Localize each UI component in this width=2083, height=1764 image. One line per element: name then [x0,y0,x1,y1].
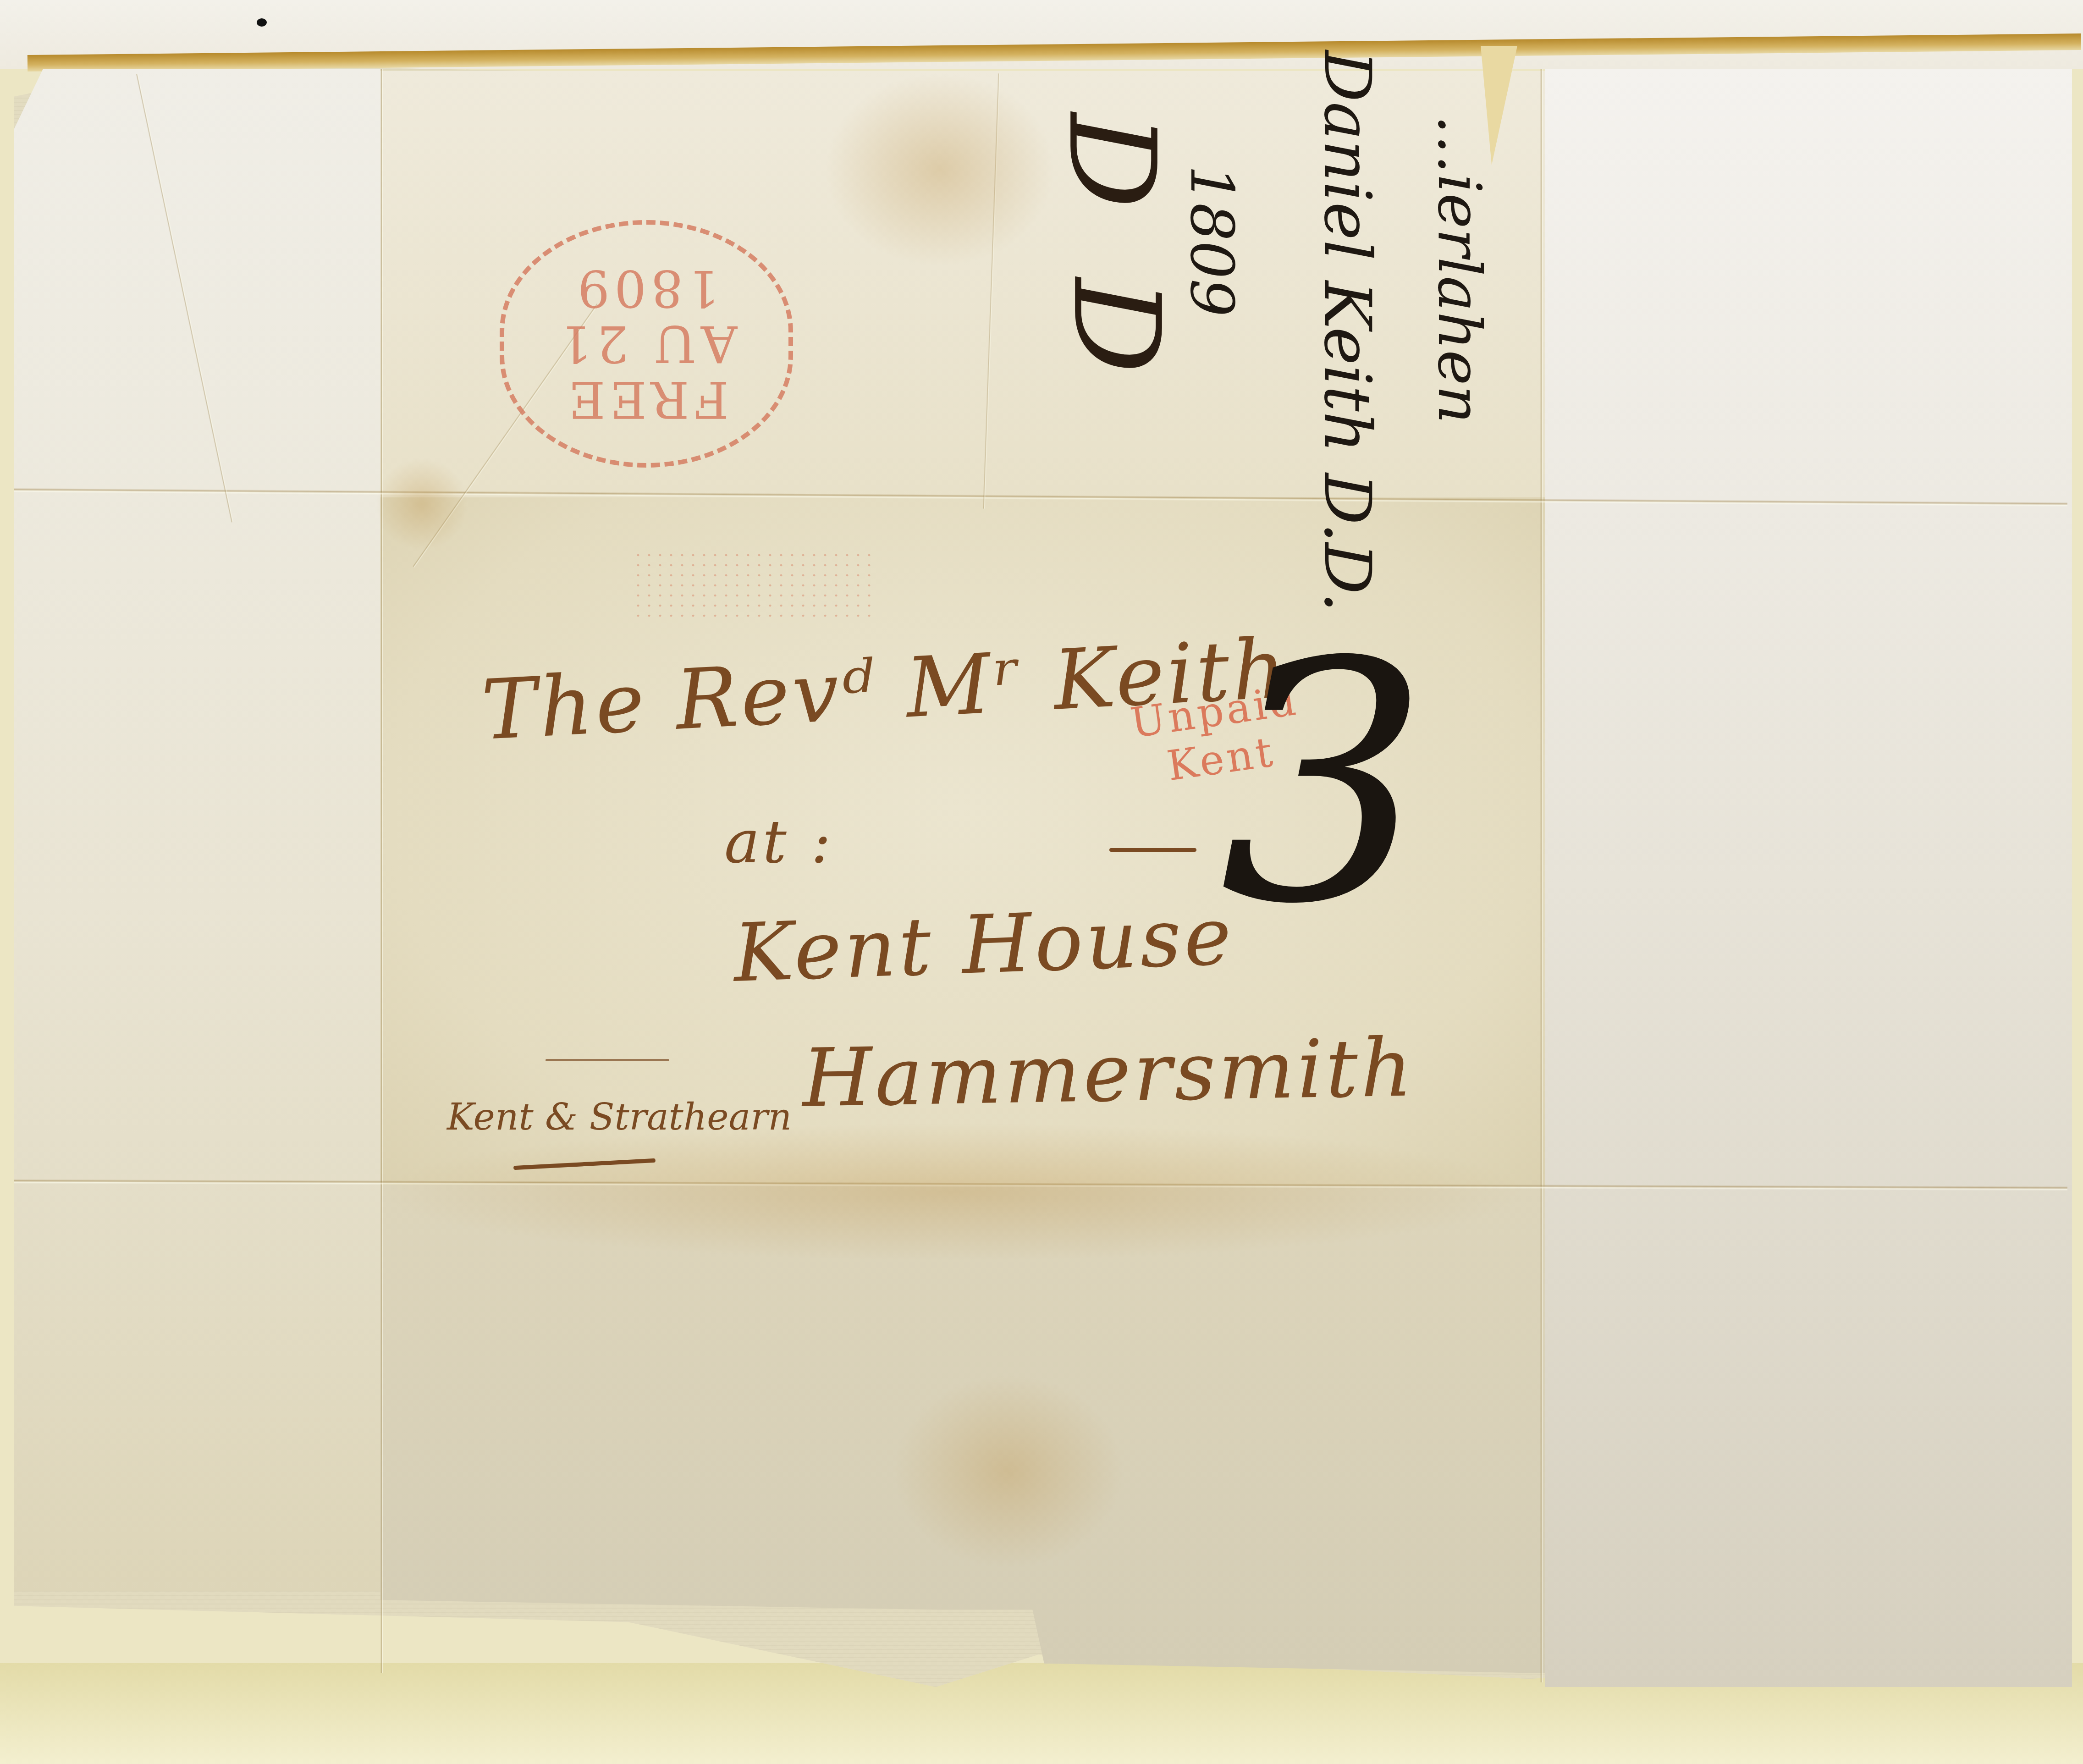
fold-line [1540,69,1543,1682]
postmark-line: AU 21 [555,316,737,372]
ink-spot [257,18,267,27]
fold-line [380,69,383,1673]
stain [825,73,1054,266]
left-flap [14,69,380,1591]
docket-mark: D [1047,278,1185,374]
docket-place: …ierlahen [1425,115,1494,424]
charge-underline [1109,848,1196,852]
address-house: Kent House [732,890,1236,1000]
address-town: Hammersmith [801,1021,1416,1125]
frank-signature: Kent & Strathearn [447,1096,792,1138]
docket-name: Daniel Keith D.D. [1310,50,1384,612]
oval-postmark: FREE AU 21 1809 [500,220,793,468]
postage-charge: 3 [1219,619,1429,949]
address-at: at : [724,807,834,876]
faint-postmark [633,550,871,619]
postmark-line: FREE [564,372,729,427]
frank-overline [546,1059,669,1061]
stain [380,1123,1526,1261]
stain [376,458,468,550]
stain [894,1375,1123,1568]
docket-year: 1809 [1177,165,1247,317]
right-flap [1545,69,2072,1687]
docket-mark: D [1042,113,1180,209]
postmark-line: 1809 [573,261,720,316]
